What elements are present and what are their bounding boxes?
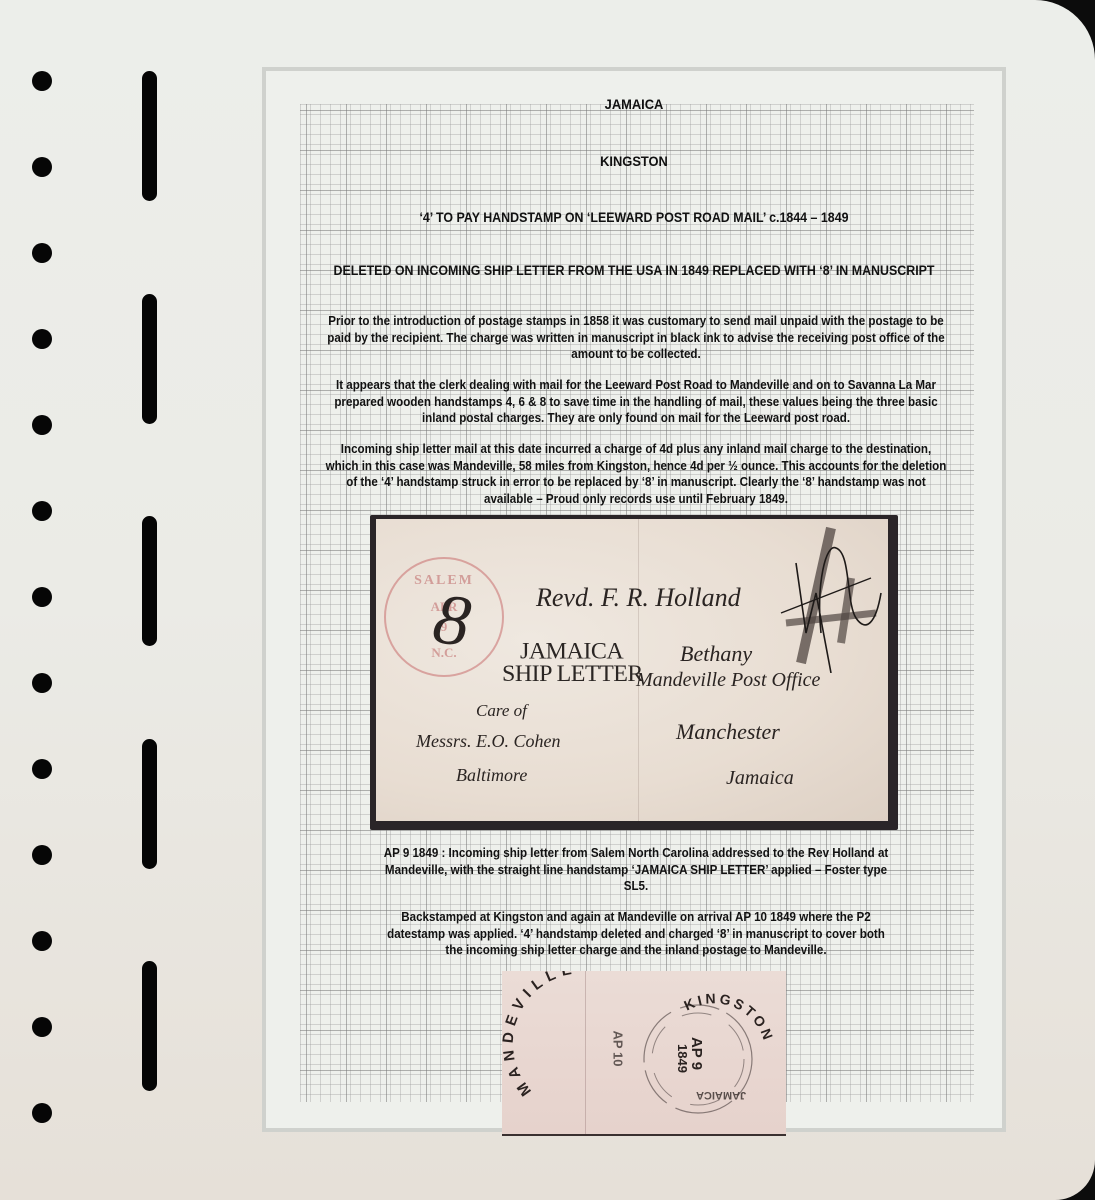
mandeville-datestamp: MANDEVILLE KINGSTON xyxy=(502,971,786,1134)
kingston-sub-text: JAMAICA xyxy=(696,1089,746,1101)
cover-envelope: SALEM APR 9 N.C. 8 JAMAICA SHIP LETTER R… xyxy=(376,519,888,821)
backstamp-caption: Backstamped at Kingston and again at Man… xyxy=(378,909,893,959)
punch-hole xyxy=(32,501,52,521)
svg-text:MANDEVILLE: MANDEVILLE xyxy=(502,971,579,1099)
kingston-date: AP 9 xyxy=(688,1037,705,1070)
ship-letter-line-1: JAMAICA xyxy=(502,640,643,663)
page-subtitle: ‘4’ TO PAY HANDSTAMP ON ‘LEEWARD POST RO… xyxy=(295,210,972,225)
album-leaf: JAMAICA KINGSTON ‘4’ TO PAY HANDSTAMP ON… xyxy=(262,67,1006,1132)
address-line-bethany: Bethany xyxy=(680,641,752,667)
punch-hole xyxy=(32,1103,52,1123)
page-heading-country: JAMAICA xyxy=(295,96,972,112)
punch-hole xyxy=(32,673,52,693)
punch-hole xyxy=(32,845,52,865)
album-page: JAMAICA KINGSTON ‘4’ TO PAY HANDSTAMP ON… xyxy=(0,0,1095,1200)
kingston-year: 1849 xyxy=(675,1044,690,1073)
punch-hole xyxy=(32,587,52,607)
handstamp-paragraph: It appears that the clerk dealing with m… xyxy=(323,377,949,427)
punch-hole xyxy=(32,243,52,263)
backstamp-piece: MANDEVILLE KINGSTON AP 10 AP 9 1849 JAMA… xyxy=(502,971,786,1136)
address-line-country: Jamaica xyxy=(726,767,794,790)
binder-slot xyxy=(142,961,157,1091)
punch-hole xyxy=(32,759,52,779)
cover-caption: AP 9 1849 : Incoming ship letter from Sa… xyxy=(378,845,893,895)
address-line-parish: Manchester xyxy=(676,719,780,745)
page-heading-city: KINGSTON xyxy=(295,153,972,169)
care-of-agent: Messrs. E.O. Cohen xyxy=(416,731,561,752)
binder-slot xyxy=(142,71,157,201)
address-addressee: Revd. F. R. Holland xyxy=(536,583,741,613)
envelope-mount: SALEM APR 9 N.C. 8 JAMAICA SHIP LETTER R… xyxy=(370,515,898,830)
mandeville-date: AP 10 xyxy=(610,1031,625,1067)
binder-slot xyxy=(142,294,157,424)
ship-letter-handstamp: JAMAICA SHIP LETTER xyxy=(502,640,643,686)
care-of-label: Care of xyxy=(476,701,527,721)
punch-hole xyxy=(32,1017,52,1037)
punch-hole xyxy=(32,71,52,91)
intro-paragraph: Prior to the introduction of postage sta… xyxy=(323,313,949,363)
punch-hole xyxy=(32,157,52,177)
ship-letter-line-2: SHIP LETTER xyxy=(502,663,643,686)
mandeville-arc-text: MANDEVILLE xyxy=(502,971,579,1099)
punch-hole xyxy=(32,415,52,435)
page-subtitle-secondary: DELETED ON INCOMING SHIP LETTER FROM THE… xyxy=(295,263,972,278)
binder-slot xyxy=(142,739,157,869)
binder-slot xyxy=(142,516,157,646)
deleted-4-handstamp xyxy=(776,523,886,673)
care-of-city: Baltimore xyxy=(456,765,527,786)
punch-hole xyxy=(32,329,52,349)
ship-letter-paragraph: Incoming ship letter mail at this date i… xyxy=(323,441,949,507)
punch-hole xyxy=(32,931,52,951)
